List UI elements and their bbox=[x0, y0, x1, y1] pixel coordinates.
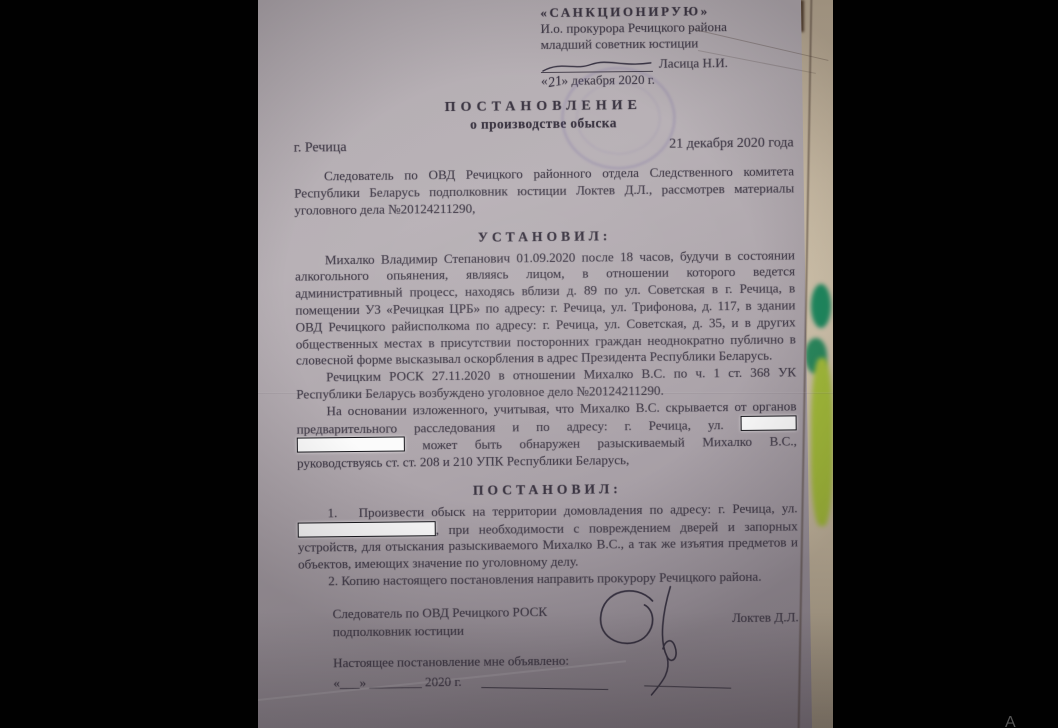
date: 21 декабря 2020 года bbox=[669, 135, 794, 153]
facts-paragraph: Михалко Владимир Степанович 01.09.2020 п… bbox=[295, 247, 796, 370]
sanction-block: «САНКЦИОНИРУЮ» И.о. прокурора Речицкого … bbox=[540, 2, 793, 90]
handwritten-day: 21 bbox=[546, 74, 563, 92]
grounds-text-before: На основании изложенного, учитывая, что … bbox=[297, 398, 797, 436]
resolution-item-1: 1. Произвести обыск на территории домовл… bbox=[297, 500, 798, 573]
intro-paragraph: Следователь по ОВД Речицкого районного о… bbox=[294, 164, 795, 220]
item1-text-before: 1. Произвести обыск на территории домовл… bbox=[327, 500, 797, 520]
investigator-signature-icon bbox=[590, 584, 781, 716]
redaction-box bbox=[741, 415, 797, 431]
place-date-row: г. Речица 21 декабря 2020 года bbox=[294, 135, 794, 157]
signer-role-1: Следователь по ОВД Речицкого РОСК bbox=[333, 603, 548, 623]
signature-line bbox=[541, 53, 653, 73]
document-photo: «САНКЦИОНИРУЮ» И.о. прокурора Речицкого … bbox=[258, 0, 833, 728]
letterbox-right: A bbox=[833, 0, 1058, 728]
paper-crease bbox=[258, 392, 833, 394]
signature-rule bbox=[482, 677, 609, 690]
document-page: «САНКЦИОНИРУЮ» И.о. прокурора Речицкого … bbox=[258, 0, 833, 728]
case-paragraph: Речицким РОСК 27.11.2020 в отношении Мих… bbox=[296, 365, 796, 404]
grounds-paragraph: На основании изложенного, учитывая, что … bbox=[296, 398, 797, 472]
redaction-box bbox=[297, 437, 405, 453]
place: г. Речица bbox=[294, 140, 347, 157]
letterbox-left bbox=[0, 0, 258, 728]
resolved-heading: ПОСТАНОВИЛ: bbox=[297, 479, 797, 501]
redaction-box bbox=[298, 521, 436, 537]
signer-roles: Следователь по ОВД Речицкого РОСК подпол… bbox=[333, 603, 548, 641]
round-stamp bbox=[561, 67, 676, 170]
watermark-letter-a: A bbox=[1005, 714, 1016, 728]
prosecutor-name: Ласица Н.И. bbox=[659, 55, 728, 72]
established-heading: УСТАНОВИЛ: bbox=[295, 226, 795, 248]
signer-role-2: подполковник юстиции bbox=[333, 621, 548, 641]
image-viewer: «САНКЦИОНИРУЮ» И.о. прокурора Речицкого … bbox=[0, 0, 1058, 728]
